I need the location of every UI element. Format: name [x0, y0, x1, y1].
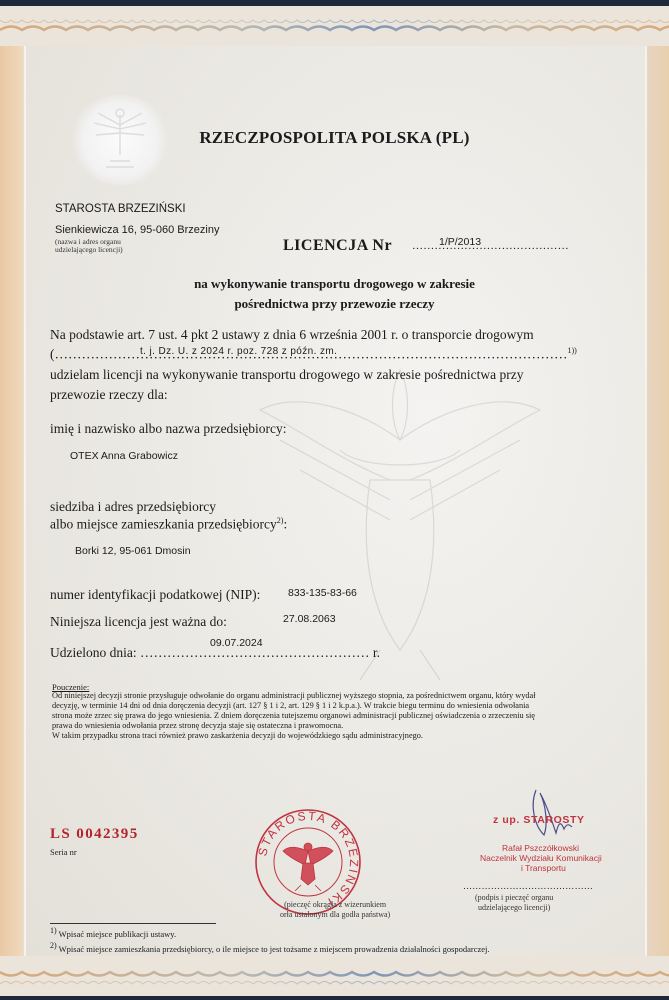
license-number-value: 1/P/2013	[439, 236, 481, 248]
footnote-2-text: Wpisać miejsce zamieszkania przedsiębior…	[59, 944, 490, 954]
footnote-2-mark: 2)	[50, 941, 57, 950]
license-subtitle-line2: pośrednictwa przy przewozie rzeczy	[0, 296, 669, 312]
instruction-line: strona może zrzec się prawa do jego wnie…	[52, 711, 535, 720]
series-number: LS 0042395	[50, 826, 139, 843]
on-behalf-of: z up. STAROSTY	[493, 814, 585, 826]
signature-caption-line1: (podpis i pieczęć organu	[475, 893, 553, 903]
footnote-divider	[50, 923, 216, 924]
issuer-address: Sienkiewicza 16, 95-060 Brzeziny	[55, 224, 219, 236]
valid-until-label: Niniejsza licencja jest ważna do:	[50, 614, 227, 630]
stamp-caption: (pieczęć okrągła z wizerunkiem orła usta…	[280, 900, 390, 920]
svg-text:STAROSTA BRZEZIŃSKI: STAROSTA BRZEZIŃSKI	[255, 809, 361, 910]
signature-caption-line2: udzielającego licencji)	[475, 903, 553, 913]
issued-date-value: 09.07.2024	[210, 637, 263, 649]
bottom-guilloche-border	[0, 956, 669, 996]
instruction-line: decyzję, w terminie 14 dni od dnia doręc…	[52, 701, 529, 710]
series-label: Seria nr	[50, 847, 77, 857]
license-number-label: LICENCJA Nr	[283, 237, 392, 255]
license-subtitle-line1: na wykonywanie transportu drogowego w za…	[0, 276, 669, 292]
address-label-text: albo miejsce zamieszkania przedsiębiorcy	[50, 517, 277, 532]
issuer-caption: (nazwa i adres organu udzielającego lice…	[55, 238, 123, 254]
stamp-text: STAROSTA BRZEZIŃSKI	[255, 809, 361, 910]
legal-basis-line1: Na podstawie art. 7 ust. 4 pkt 2 ustawy …	[50, 327, 534, 343]
eagle-emblem-icon	[283, 843, 333, 891]
footnote-1: 1) Wpisać miejsce publikacji ustawy.	[50, 926, 176, 939]
instruction-line: prawa do wniesienia odwołania przez stro…	[52, 721, 343, 730]
country-heading: RZECZPOSPOLITA POLSKA (PL)	[0, 128, 669, 148]
issuer-name: STAROSTA BRZEZIŃSKI	[55, 203, 186, 215]
stamp-caption-line1: (pieczęć okrągła z wizerunkiem	[280, 900, 390, 910]
stamp-caption-line2: orła ustalonym dla godła państwa)	[280, 910, 390, 920]
right-security-border	[645, 6, 669, 996]
entrepreneur-value: OTEX Anna Grabowicz	[70, 450, 178, 462]
official-title-line2: i Transportu	[521, 863, 566, 873]
official-name: Rafał Pszczółkowski	[502, 843, 579, 853]
valid-until-value: 27.08.2063	[283, 613, 336, 625]
entrepreneur-label: imię i nazwisko albo nazwa przedsiębiorc…	[50, 421, 287, 437]
footnote-ref-1: 1))	[568, 346, 577, 355]
footnote-1-mark: 1)	[50, 926, 57, 935]
nip-value: 833-135-83-66	[288, 587, 357, 599]
nip-label: numer identyfikacji podatkowej (NIP):	[50, 587, 260, 603]
license-number-dots: ……………………………………	[412, 240, 569, 252]
legal-basis-line3: udzielam licencji na wykonywanie transpo…	[50, 367, 523, 383]
footnote-1-text: Wpisać miejsce publikacji ustawy.	[59, 929, 176, 939]
signature-dots: ……………………………………	[463, 881, 593, 891]
eagle-watermark-icon	[240, 330, 560, 690]
legal-basis-line4: przewozie rzeczy dla:	[50, 387, 168, 403]
address-value: Borki 12, 95-061 Dmosin	[75, 545, 191, 557]
top-guilloche-border	[0, 6, 669, 46]
issued-date-suffix: r.	[373, 645, 380, 660]
official-title-line1: Naczelnik Wydziału Komunikacji	[480, 853, 602, 863]
publication-reference: t. j. Dz. U. z 2024 r. poz. 728 z późn. …	[140, 346, 337, 357]
signature-caption: (podpis i pieczęć organu udzielającego l…	[475, 893, 553, 913]
footnote-2: 2) Wpisać miejsce zamieszkania przedsięb…	[50, 941, 490, 954]
address-label-line2: albo miejsce zamieszkania przedsiębiorcy…	[50, 516, 287, 533]
instruction-line: Od niniejszej decyzji stronie przysługuj…	[52, 691, 536, 700]
instruction-line: W takim przypadku strona traci również p…	[52, 731, 423, 740]
issuer-caption-line2: udzielającego licencji)	[55, 246, 123, 254]
address-label-line1: siedziba i adres przedsiębiorcy	[50, 499, 216, 515]
